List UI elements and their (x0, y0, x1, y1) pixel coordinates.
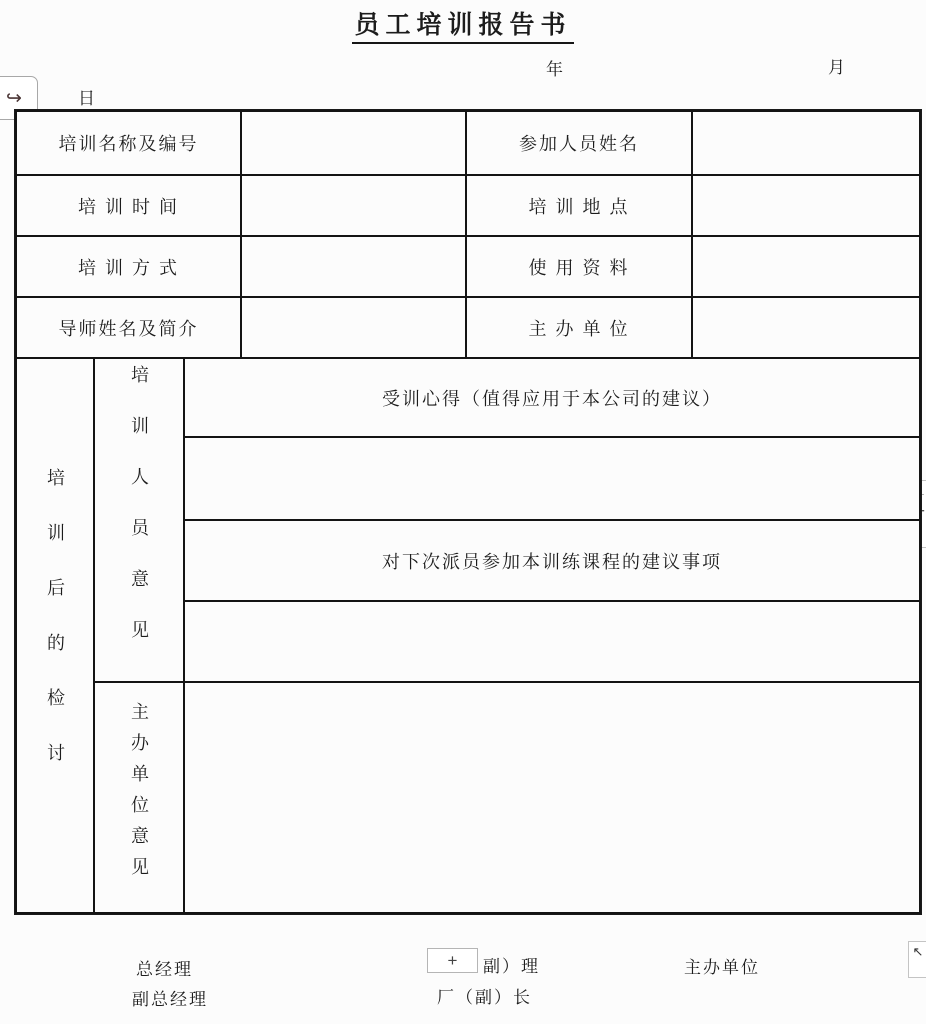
sig-general-manager: 总经理 (136, 955, 193, 980)
table-row: 主办单位意见 (16, 682, 920, 913)
table-row: 培 训 方 式 使 用 资 料 (16, 236, 920, 297)
date-year-label: 年 (546, 55, 563, 80)
label-participants: 参加人员姓名 (466, 111, 692, 175)
input-training-method[interactable] (241, 236, 466, 297)
organizer-opinion-text: 主办单位意见 (126, 702, 152, 888)
label-organizer: 主 办 单 位 (466, 297, 692, 358)
label-post-training-review: 培训后的检讨 (16, 358, 94, 913)
trainee-opinion-text: 培训人员意见 (126, 365, 152, 671)
label-training-place: 培 训 地 点 (466, 175, 692, 236)
input-training-name[interactable] (241, 111, 466, 175)
label-organizer-opinion: 主办单位意见 (94, 682, 184, 913)
post-training-review-text: 培训后的检讨 (42, 468, 68, 798)
input-instructor[interactable] (241, 297, 466, 358)
header-training-insight: 受训心得（值得应用于本公司的建议） (184, 358, 920, 437)
sig-organizer: 主办单位 (684, 953, 760, 978)
title-row: 员工培训报告书 (0, 5, 926, 44)
input-training-place[interactable] (692, 175, 920, 236)
sig-deputy-general-manager: 副总经理 (132, 985, 208, 1010)
label-materials: 使 用 资 料 (466, 236, 692, 297)
page-title: 员工培训报告书 (352, 5, 573, 44)
input-participants[interactable] (692, 111, 920, 175)
mid-plus-icon: + (448, 951, 458, 971)
date-month-label: 月 (828, 53, 845, 78)
training-report-table: 培训名称及编号 参加人员姓名 培 训 时 间 培 训 地 点 培 训 方 式 使… (15, 110, 921, 914)
header-next-suggestion: 对下次派员参加本训练课程的建议事项 (184, 520, 920, 601)
mid-plus-button[interactable]: + (427, 948, 478, 973)
label-training-method: 培 训 方 式 (16, 236, 241, 297)
sig-deputy-manager: 副）理 (483, 952, 540, 977)
label-training-time: 培 训 时 间 (16, 175, 241, 236)
input-training-time[interactable] (241, 175, 466, 236)
document-page: 员工培训报告书 年 月 日 ↪ + ↖ 培训名称及编号 参加人员姓名 培 训 时… (0, 0, 926, 1024)
table-row: 培训名称及编号 参加人员姓名 (16, 111, 920, 175)
label-instructor: 导师姓名及简介 (16, 297, 241, 358)
input-organizer[interactable] (692, 297, 920, 358)
label-training-name: 培训名称及编号 (16, 111, 241, 175)
input-materials[interactable] (692, 236, 920, 297)
table-row: 导师姓名及简介 主 办 单 位 (16, 297, 920, 358)
nw-arrow-button[interactable]: ↖ (908, 941, 926, 978)
return-arrow-icon: ↪ (6, 87, 22, 110)
label-trainee-opinion: 培训人员意见 (94, 358, 184, 682)
input-next-suggestion[interactable] (184, 601, 920, 682)
input-organizer-opinion[interactable] (184, 682, 920, 913)
date-day-label: 日 (78, 84, 95, 109)
input-training-insight[interactable] (184, 437, 920, 520)
sig-factory-director: 厂（副）长 (437, 983, 532, 1008)
table-row: 培训后的检讨 培训人员意见 受训心得（值得应用于本公司的建议） (16, 358, 920, 437)
table-row: 培 训 时 间 培 训 地 点 (16, 175, 920, 236)
nw-arrow-icon: ↖ (913, 944, 924, 959)
